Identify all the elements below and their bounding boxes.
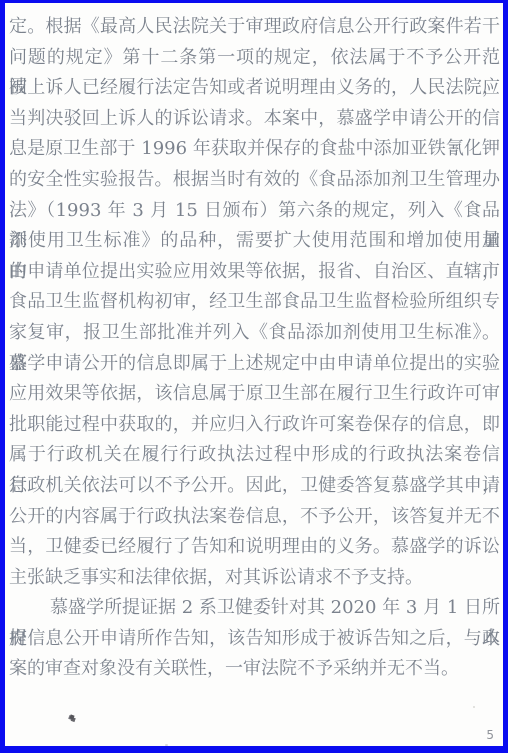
text-line: 由申请单位提出实验应用效果等依据，报省、自治区、直辖市 [9, 257, 500, 288]
text-line: 定。根据《最高人民法院关于审理政府信息公开行政案件若干 [9, 12, 500, 43]
text-line: 剂使用卫生标准》的品种，需要扩大使用范围和增加使用量的， [9, 226, 500, 257]
text-line: 府信息公开申请所作告知，该告知形成于被诉告知之后，与本 [9, 624, 500, 655]
text-line: 盛学申请公开的信息即属于上述规定中由申请单位提出的实验 [9, 349, 500, 380]
text-line: 公开的内容属于行政执法案卷信息，不予公开，该答复并无不 [9, 502, 500, 533]
text-line: 法》（1993 年 3 月 15 日颁布）第六条的规定，列入《食品添加 [9, 196, 500, 227]
scan-speck [305, 203, 308, 205]
text-line: 息是原卫生部于 1996 年获取并保存的食盐中添加亚铁氰化钾 [9, 134, 500, 165]
text-line: 行政机关依法可以不予公开。因此，卫健委答复慕盛学其申请 [9, 471, 500, 502]
scanned-page: 定。根据《最高人民法院关于审理政府信息公开行政案件若干问题的规定》第十二条第一项… [0, 0, 508, 753]
text-line: 主张缺乏事实和法律依据，对其诉讼请求不予支持。 [9, 563, 500, 594]
text-line: 的安全性实验报告。根据当时有效的《食品添加剂卫生管理办 [9, 165, 500, 196]
scan-speck [165, 744, 168, 746]
text-line: 当判决驳回上诉人的诉讼请求。本案中，慕盛学申请公开的信 [9, 104, 500, 135]
text-line: 应用效果等依据，该信息属于原卫生部在履行卫生行政许可审 [9, 379, 500, 410]
text-line: 慕盛学所提证据 2 系卫健委针对其 2020 年 3 月 1 日所提政 [9, 593, 500, 624]
text-line: 批职能过程中获取的，并应归入行政许可案卷保存的信息，即 [9, 410, 500, 441]
text-line: 属于行政机关在履行行政执法过程中形成的行政执法案卷信息， [9, 440, 500, 471]
text-line: 食品卫生监督机构初审，经卫生部食品卫生监督检验所组织专 [9, 287, 500, 318]
text-line: 问题的规定》第十二条第一项的规定，依法属于不予公开范围， [9, 43, 500, 74]
scan-speck [473, 706, 475, 708]
paper-sheet: 定。根据《最高人民法院关于审理政府信息公开行政案件若干问题的规定》第十二条第一项… [5, 3, 503, 746]
document-body: 定。根据《最高人民法院关于审理政府信息公开行政案件若干问题的规定》第十二条第一项… [9, 12, 500, 685]
page-number: 5 [486, 728, 494, 742]
text-line: 被上诉人已经履行法定告知或者说明理由义务的，人民法院应 [9, 73, 500, 104]
text-line: 案的审查对象没有关联性，一审法院不予采纳并无不当。 [9, 654, 500, 685]
text-line: 当，卫健委已经履行了告知和说明理由的义务。慕盛学的诉讼 [9, 532, 500, 563]
text-line: 家复审，报卫生部批准并列入《食品添加剂使用卫生标准》。慕 [9, 318, 500, 349]
